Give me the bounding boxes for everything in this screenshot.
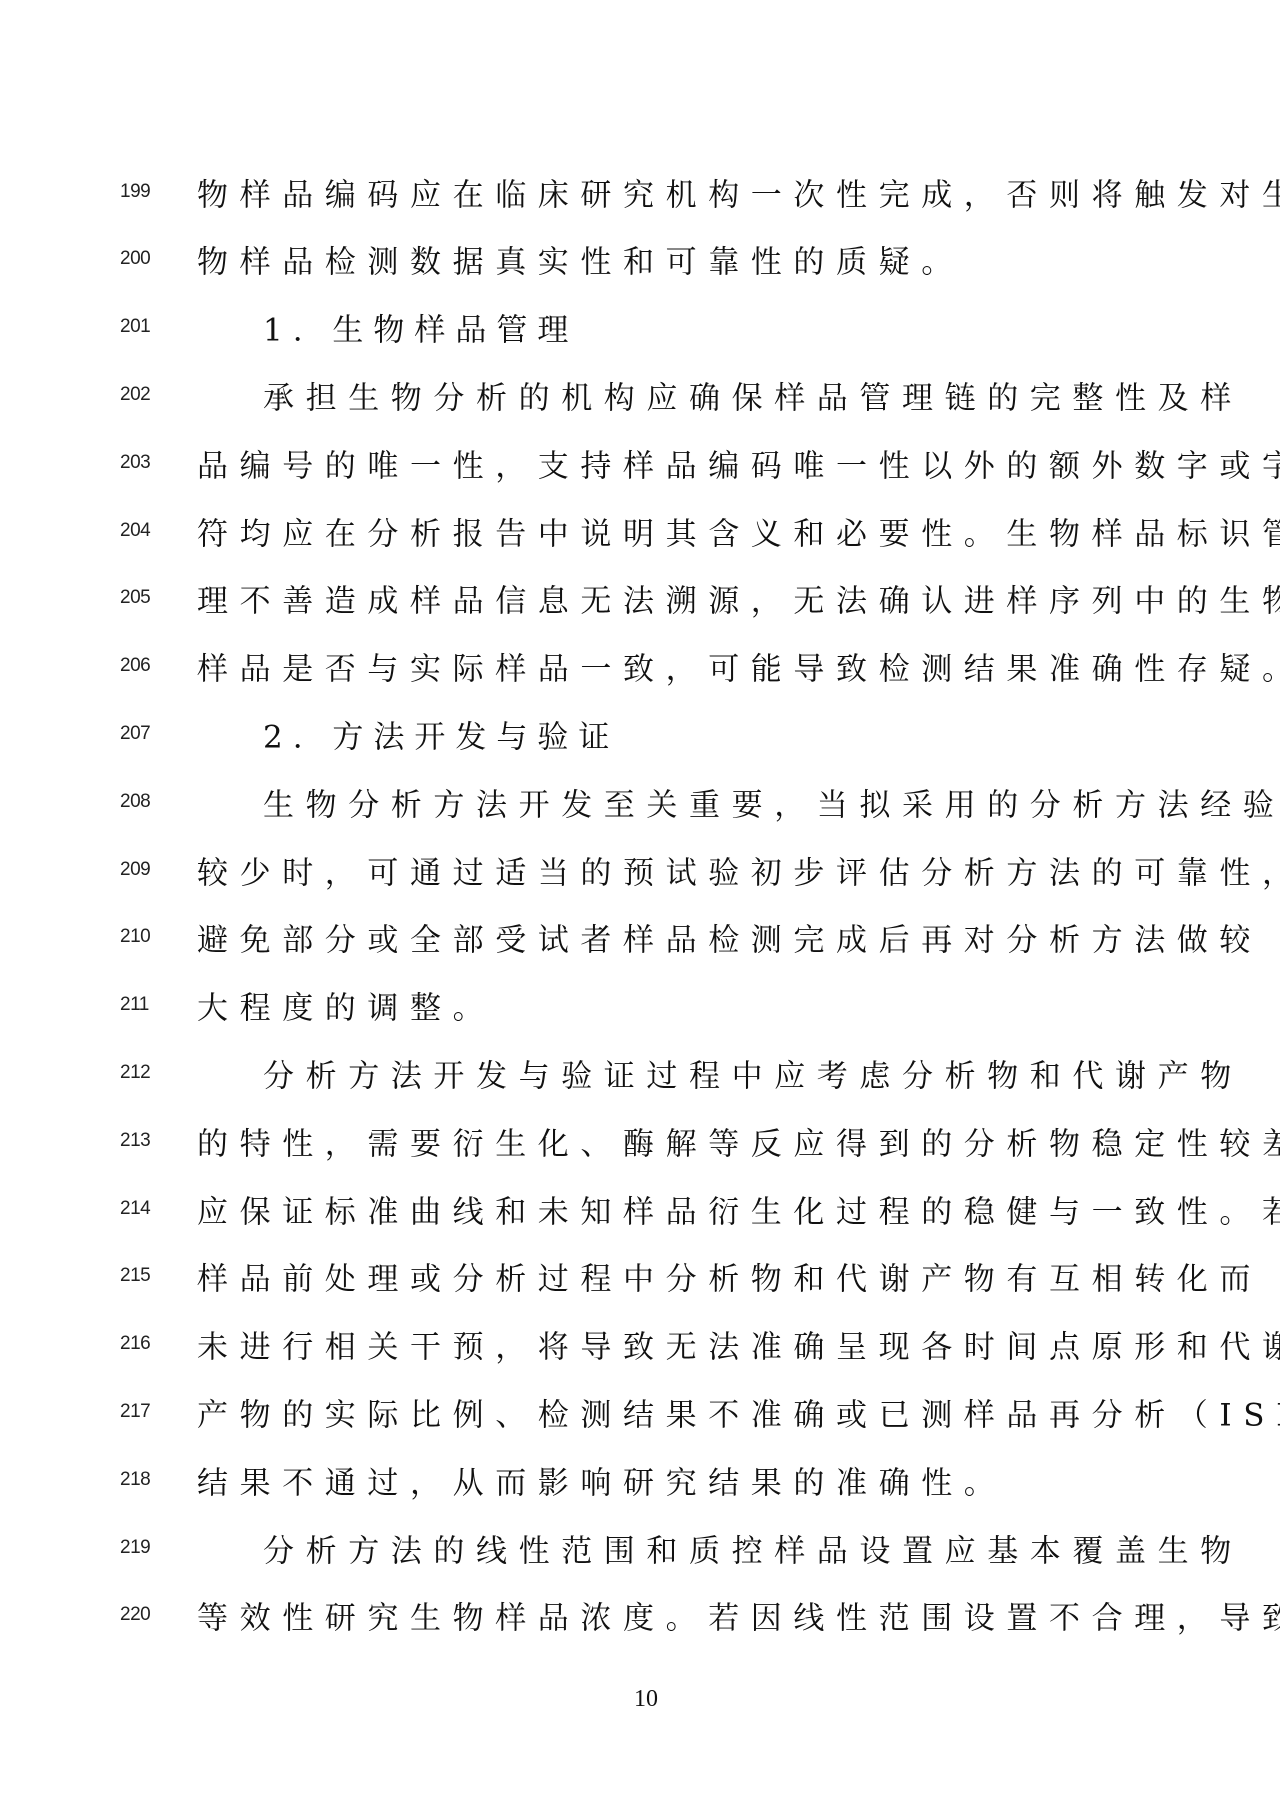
line-text: 符均应在分析报告中说明其含义和必要性。生物样品标识管 xyxy=(197,509,1280,554)
line-number: 215 xyxy=(120,1265,150,1287)
section-heading: 1. 生物样品管理 xyxy=(263,305,578,350)
section-heading-line: 201 1. 生物样品管理 xyxy=(0,293,1280,361)
line-number: 207 xyxy=(120,723,150,745)
line-number: 200 xyxy=(120,248,150,270)
line-text: 结果不通过，从而影响研究结果的准确性。 xyxy=(197,1458,1006,1503)
document-line: 205 理不善造成样品信息无法溯源，无法确认进样序列中的生物 xyxy=(0,564,1280,632)
document-line: 202 承担生物分析的机构应确保样品管理链的完整性及样 xyxy=(0,361,1280,429)
line-text: 大程度的调整。 xyxy=(197,983,495,1028)
line-number: 212 xyxy=(120,1062,150,1084)
line-text: 产物的实际比例、检测结果不准确或已测样品再分析（ISR） xyxy=(197,1390,1280,1435)
line-text: 的特性，需要衍生化、酶解等反应得到的分析物稳定性较差， xyxy=(197,1119,1280,1164)
line-number: 201 xyxy=(120,316,150,338)
document-line: 219 分析方法的线性范围和质控样品设置应基本覆盖生物 xyxy=(0,1514,1280,1582)
document-line: 217 产物的实际比例、检测结果不准确或已测样品再分析（ISR） xyxy=(0,1378,1280,1446)
document-line: 218 结果不通过，从而影响研究结果的准确性。 xyxy=(0,1446,1280,1514)
line-text: 样品是否与实际样品一致，可能导致检测结果准确性存疑。 xyxy=(197,644,1280,689)
section-heading: 2. 方法开发与验证 xyxy=(263,712,619,757)
line-text: 品编号的唯一性，支持样品编码唯一性以外的额外数字或字 xyxy=(197,441,1280,486)
document-line: 216 未进行相关干预，将导致无法准确呈现各时间点原形和代谢 xyxy=(0,1310,1280,1378)
document-line: 203 品编号的唯一性，支持样品编码唯一性以外的额外数字或字 xyxy=(0,429,1280,497)
line-number: 211 xyxy=(120,994,149,1016)
line-number: 206 xyxy=(120,655,150,677)
document-page: 199 物样品编码应在临床研究机构一次性完成，否则将触发对生 200 物样品检测… xyxy=(0,0,1280,1810)
line-number: 210 xyxy=(120,926,150,948)
document-line: 211 大程度的调整。 xyxy=(0,971,1280,1039)
document-line: 212 分析方法开发与验证过程中应考虑分析物和代谢产物 xyxy=(0,1039,1280,1107)
line-number: 217 xyxy=(120,1401,150,1423)
document-line: 208 生物分析方法开发至关重要，当拟采用的分析方法经验 xyxy=(0,768,1280,836)
line-number: 204 xyxy=(120,520,150,542)
document-line: 213 的特性，需要衍生化、酶解等反应得到的分析物稳定性较差， xyxy=(0,1107,1280,1175)
line-text: 生物分析方法开发至关重要，当拟采用的分析方法经验 xyxy=(263,780,1280,825)
document-line: 209 较少时，可通过适当的预试验初步评估分析方法的可靠性， xyxy=(0,836,1280,904)
line-number: 219 xyxy=(120,1537,150,1559)
line-text: 分析方法的线性范围和质控样品设置应基本覆盖生物 xyxy=(263,1526,1243,1571)
document-line: 220 等效性研究生物样品浓度。若因线性范围设置不合理，导致 xyxy=(0,1581,1280,1649)
section-heading-line: 207 2. 方法开发与验证 xyxy=(0,700,1280,768)
document-line: 215 样品前处理或分析过程中分析物和代谢产物有互相转化而 xyxy=(0,1242,1280,1310)
line-text: 分析方法开发与验证过程中应考虑分析物和代谢产物 xyxy=(263,1051,1243,1096)
line-text: 物样品编码应在临床研究机构一次性完成，否则将触发对生 xyxy=(197,170,1280,215)
line-text: 理不善造成样品信息无法溯源，无法确认进样序列中的生物 xyxy=(197,576,1280,621)
line-number: 205 xyxy=(120,587,150,609)
line-text: 较少时，可通过适当的预试验初步评估分析方法的可靠性， xyxy=(197,848,1280,893)
line-number: 203 xyxy=(120,452,150,474)
document-line: 200 物样品检测数据真实性和可靠性的质疑。 xyxy=(0,225,1280,293)
line-text: 承担生物分析的机构应确保样品管理链的完整性及样 xyxy=(263,373,1243,418)
document-line: 210 避免部分或全部受试者样品检测完成后再对分析方法做较 xyxy=(0,903,1280,971)
line-number: 214 xyxy=(120,1198,150,1220)
line-text: 样品前处理或分析过程中分析物和代谢产物有互相转化而 xyxy=(197,1254,1262,1299)
line-number: 209 xyxy=(120,859,150,881)
document-line: 206 样品是否与实际样品一致，可能导致检测结果准确性存疑。 xyxy=(0,632,1280,700)
line-number: 218 xyxy=(120,1469,150,1491)
line-number: 208 xyxy=(120,791,150,813)
line-number: 199 xyxy=(120,181,150,203)
line-text: 应保证标准曲线和未知样品衍生化过程的稳健与一致性。若 xyxy=(197,1187,1280,1232)
document-line: 204 符均应在分析报告中说明其含义和必要性。生物样品标识管 xyxy=(0,497,1280,565)
line-number: 220 xyxy=(120,1604,150,1626)
line-number: 202 xyxy=(120,384,150,406)
line-number: 216 xyxy=(120,1333,150,1355)
line-text: 未进行相关干预，将导致无法准确呈现各时间点原形和代谢 xyxy=(197,1322,1280,1367)
line-text: 避免部分或全部受试者样品检测完成后再对分析方法做较 xyxy=(197,915,1262,960)
document-line: 199 物样品编码应在临床研究机构一次性完成，否则将触发对生 xyxy=(0,158,1280,226)
line-text: 物样品检测数据真实性和可靠性的质疑。 xyxy=(197,237,964,282)
line-text: 等效性研究生物样品浓度。若因线性范围设置不合理，导致 xyxy=(197,1593,1280,1638)
line-number: 213 xyxy=(120,1130,150,1152)
document-line: 214 应保证标准曲线和未知样品衍生化过程的稳健与一致性。若 xyxy=(0,1175,1280,1243)
page-number: 10 xyxy=(0,1686,1280,1713)
